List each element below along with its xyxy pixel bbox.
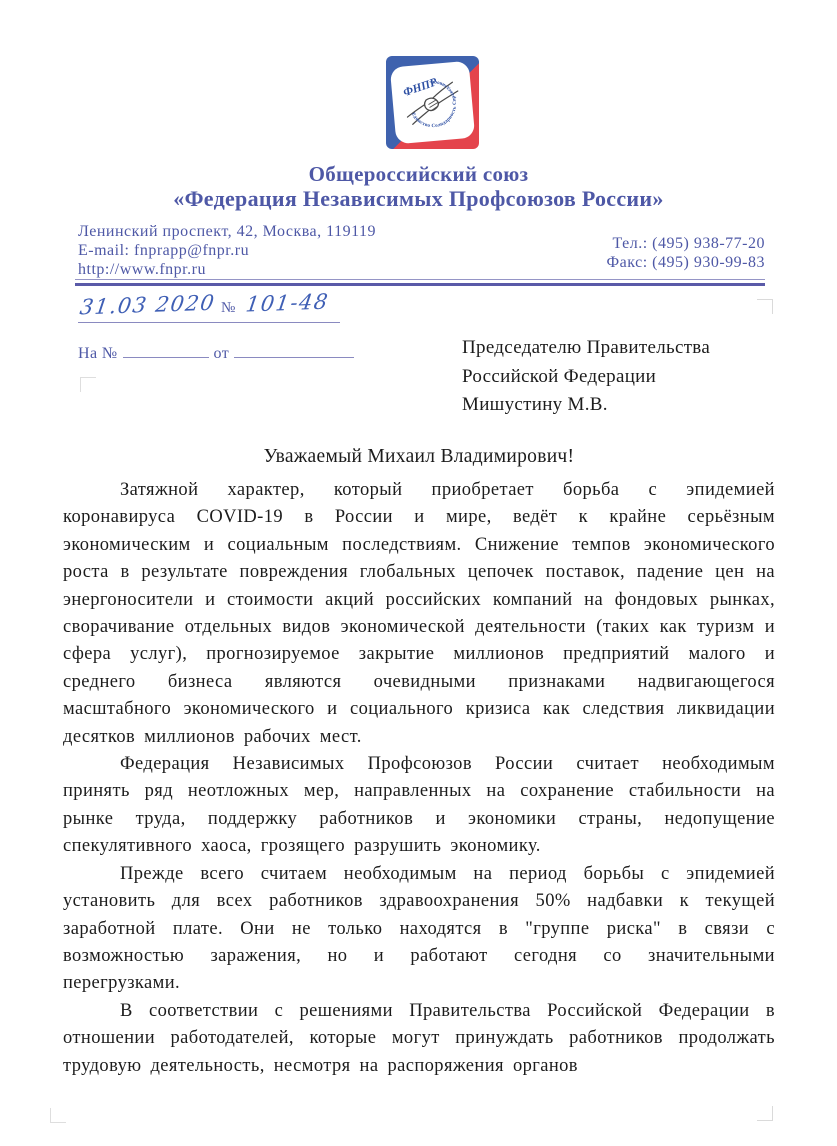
phone-line: Тел.: (495) 938-77-20: [607, 234, 765, 253]
letterhead-divider-rule: [75, 279, 765, 286]
org-name-line2: «Федерация Независимых Профсоюзов России…: [0, 186, 837, 212]
phone-block: Тел.: (495) 938-77-20 Факс: (495) 930-99…: [607, 234, 765, 272]
salutation: Уважаемый Михаил Владимирович!: [63, 446, 775, 468]
reply-reference-line: На № от: [78, 342, 359, 363]
org-name-line1: Общероссийский союз: [0, 162, 837, 187]
body-paragraph-2: Федерация Независимых Профсоюзов России …: [63, 751, 775, 861]
reply-number-blank: [123, 342, 209, 358]
corner-mark-bottom-left: [50, 1108, 66, 1123]
fax-line: Факс: (495) 930-99-83: [607, 253, 765, 272]
recipient-org: Российской Федерации: [462, 363, 710, 392]
email-line: E-mail: fnprapp@fnpr.ru: [78, 241, 376, 260]
letter-body: Затяжной характер, который приобретает б…: [63, 477, 775, 1080]
body-paragraph-1: Затяжной характер, который приобретает б…: [63, 477, 775, 751]
scanned-letter-page: ФНПР Единство Солидарность Справедливост…: [0, 0, 837, 1146]
website-line: http://www.fnpr.ru: [78, 260, 376, 279]
recipient-block: Председателю Правительства Российской Фе…: [462, 334, 710, 420]
outgoing-number-line: 31.03 2020 № 101-48: [78, 293, 340, 323]
address-block: Ленинский проспект, 42, Москва, 119119 E…: [78, 222, 376, 279]
number-sign: №: [221, 300, 235, 317]
logo-background: ФНПР Единство Солидарность Справедливост…: [386, 56, 479, 149]
fnpr-logo: ФНПР Единство Солидарность Справедливост…: [386, 56, 479, 149]
corner-mark-bottom-right: [757, 1106, 773, 1121]
logo-inner-panel: ФНПР Единство Солидарность Справедливост…: [390, 61, 475, 145]
recipient-name: Мишустину М.В.: [462, 391, 710, 420]
reply-from-label: от: [214, 345, 230, 363]
reply-date-blank: [234, 342, 354, 358]
handwritten-date: 31.03 2020: [78, 291, 217, 320]
reply-prefix-label: На №: [78, 345, 118, 363]
body-paragraph-3: Прежде всего считаем необходимым на пери…: [63, 861, 775, 998]
handwritten-number: 101-48: [244, 289, 330, 316]
corner-mark-top-right: [757, 299, 773, 314]
recipient-title: Председателю Правительства: [462, 334, 710, 363]
postal-address: Ленинский проспект, 42, Москва, 119119: [78, 222, 376, 241]
corner-mark-upper-left: [80, 377, 96, 392]
logo-emblem-graphic: ФНПР Единство Солидарность Справедливост…: [390, 61, 475, 145]
body-paragraph-4: В соответствии с решениями Правительства…: [63, 998, 775, 1080]
